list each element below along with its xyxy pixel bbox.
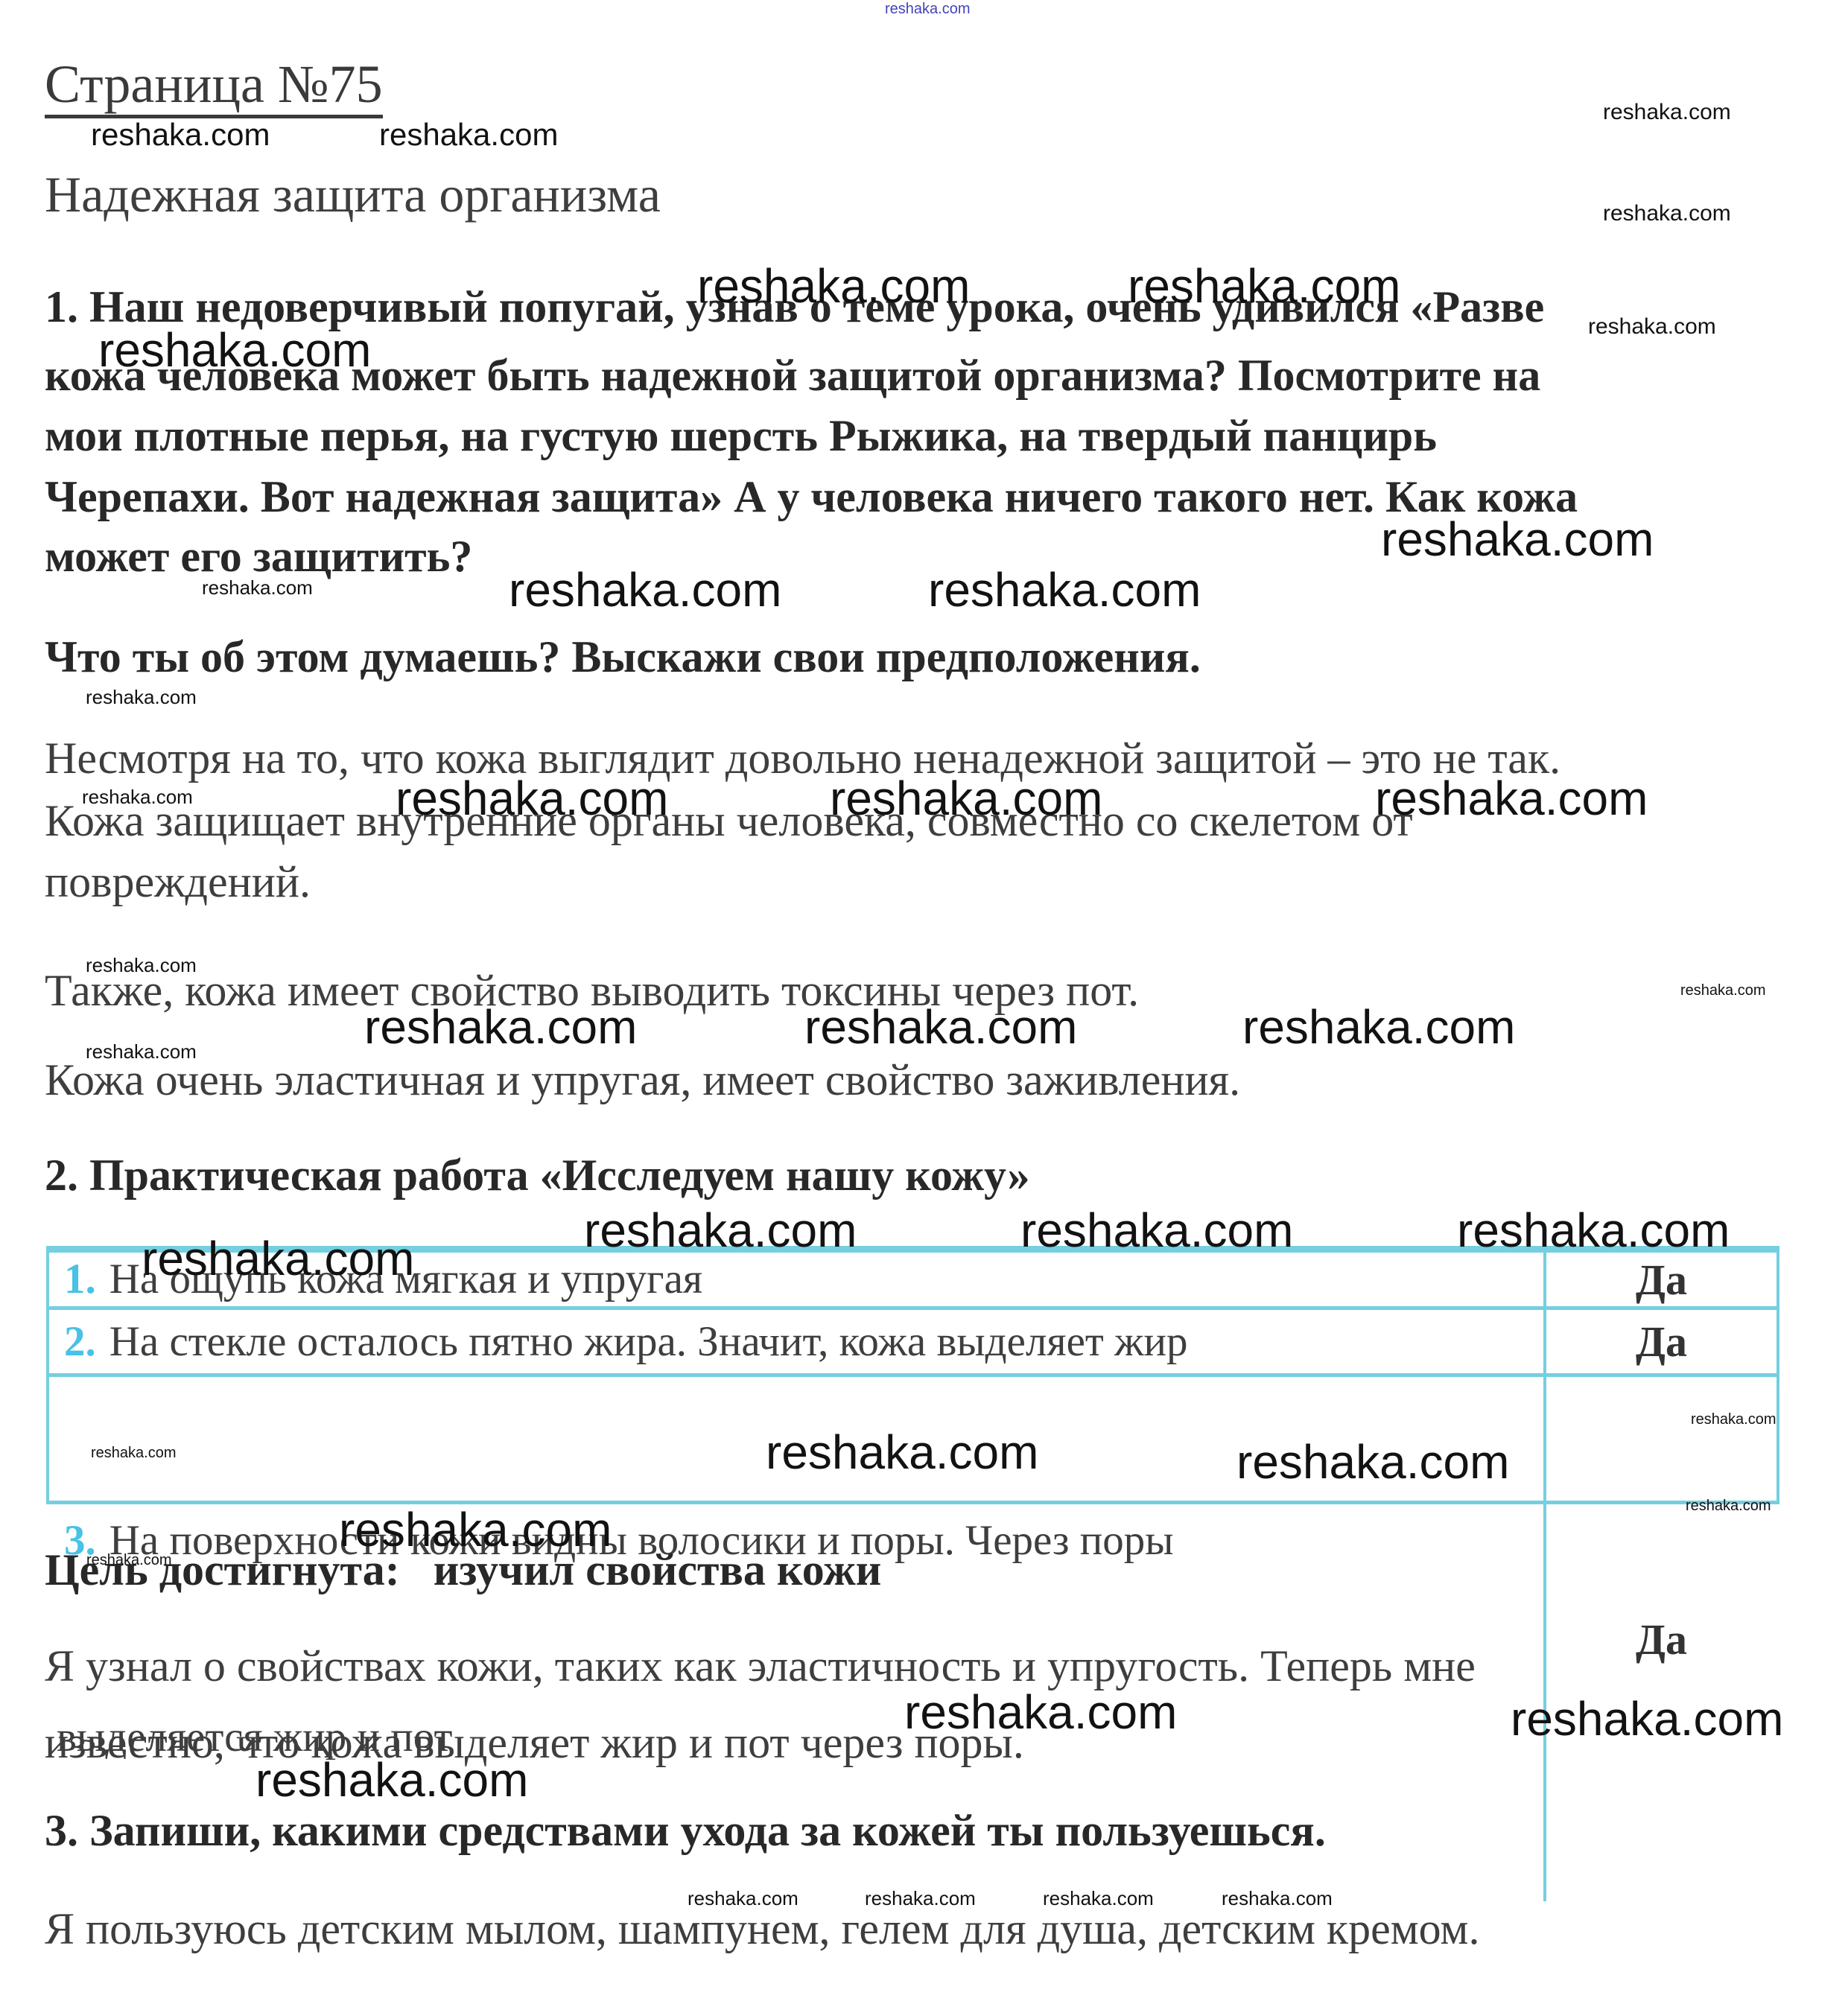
task1-answer-line: Кожа очень эластичная и упругая, имеет с… — [45, 1055, 1240, 1106]
watermark: reshaka.com — [1222, 1889, 1333, 1908]
task2-conclusion-line: Я узнал о свойствах кожи, таких как элас… — [45, 1641, 1476, 1692]
watermark: reshaka.com — [688, 1889, 798, 1908]
task3-answer: Я пользуюсь детским мылом, шампунем, гел… — [45, 1903, 1480, 1955]
watermark: reshaka.com — [1236, 1438, 1509, 1486]
watermark: reshaka.com — [1375, 775, 1648, 822]
watermark: reshaka.com — [86, 1553, 172, 1568]
watermark: reshaka.com — [1603, 101, 1731, 124]
row-answer: Да — [1546, 1377, 1776, 1901]
watermark: reshaka.com — [1588, 316, 1716, 338]
watermark: reshaka.com — [202, 578, 313, 597]
row-answer: Да — [1546, 1253, 1776, 1306]
topic-heading: Надежная защита организма — [45, 165, 661, 223]
watermark: reshaka.com — [584, 1206, 857, 1254]
watermark: reshaka.com — [1128, 262, 1400, 310]
watermark: reshaka.com — [509, 566, 781, 614]
watermark: reshaka.com — [885, 1, 971, 16]
task2-heading: 2. Практическая работа «Исследуем нашу к… — [45, 1150, 1030, 1201]
watermark: reshaka.com — [1511, 1695, 1783, 1743]
watermark: reshaka.com — [98, 326, 371, 374]
row-answer: Да — [1546, 1310, 1776, 1373]
watermark: reshaka.com — [91, 119, 270, 150]
watermark: reshaka.com — [142, 1235, 414, 1282]
task1-question-line: Черепахи. Вот надежная защита» А у челов… — [45, 471, 1578, 523]
watermark: reshaka.com — [865, 1889, 976, 1908]
watermark: reshaka.com — [1686, 1498, 1771, 1513]
watermark: reshaka.com — [339, 1506, 612, 1553]
watermark: reshaka.com — [255, 1756, 528, 1804]
row-text-cell: 2.На стекле осталось пятно жира. Значит,… — [49, 1310, 1546, 1373]
task1-question-line: может его защитить? — [45, 531, 472, 582]
watermark: reshaka.com — [82, 787, 193, 807]
watermark: reshaka.com — [904, 1688, 1177, 1736]
task3-heading: 3. Запиши, какими средствами ухода за ко… — [45, 1805, 1326, 1857]
watermark: reshaka.com — [86, 955, 197, 975]
watermark: reshaka.com — [86, 1042, 197, 1061]
task1-prompt: Что ты об этом думаешь? Выскажи свои пре… — [45, 632, 1201, 683]
task1-answer-line: Кожа защищает внутренние органы человека… — [45, 795, 1413, 847]
task1-answer-line: повреждений. — [45, 856, 311, 908]
row-number: 1. — [64, 1247, 96, 1312]
watermark: reshaka.com — [1381, 515, 1654, 563]
watermark: reshaka.com — [1043, 1889, 1154, 1908]
watermark: reshaka.com — [830, 775, 1102, 822]
watermark: reshaka.com — [766, 1428, 1038, 1476]
watermark: reshaka.com — [86, 687, 197, 707]
page-title: Страница №75 — [45, 57, 383, 118]
watermark: reshaka.com — [1691, 1412, 1776, 1427]
row-text: На стекле осталось пятно жира. Значит, к… — [109, 1309, 1188, 1375]
task1-answer-line: Несмотря на то, что кожа выглядит доволь… — [45, 733, 1560, 784]
row-number: 2. — [64, 1309, 96, 1375]
watermark: reshaka.com — [91, 1445, 177, 1460]
task1-question-line: мои плотные перья, на густую шерсть Рыжи… — [45, 410, 1437, 462]
watermark: reshaka.com — [364, 1003, 637, 1051]
watermark: reshaka.com — [1680, 983, 1766, 998]
watermark: reshaka.com — [1020, 1206, 1293, 1254]
watermark: reshaka.com — [396, 775, 668, 822]
watermark: reshaka.com — [697, 262, 970, 310]
watermark: reshaka.com — [1603, 203, 1731, 225]
task2-conclusion-line: известно, что кожа выделяет жир и пот че… — [45, 1717, 1024, 1769]
watermark: reshaka.com — [1457, 1206, 1730, 1254]
watermark: reshaka.com — [379, 119, 558, 150]
watermark: reshaka.com — [804, 1003, 1077, 1051]
table-row: 2.На стекле осталось пятно жира. Значит,… — [49, 1310, 1776, 1377]
watermark: reshaka.com — [928, 566, 1201, 614]
watermark: reshaka.com — [1242, 1003, 1515, 1051]
